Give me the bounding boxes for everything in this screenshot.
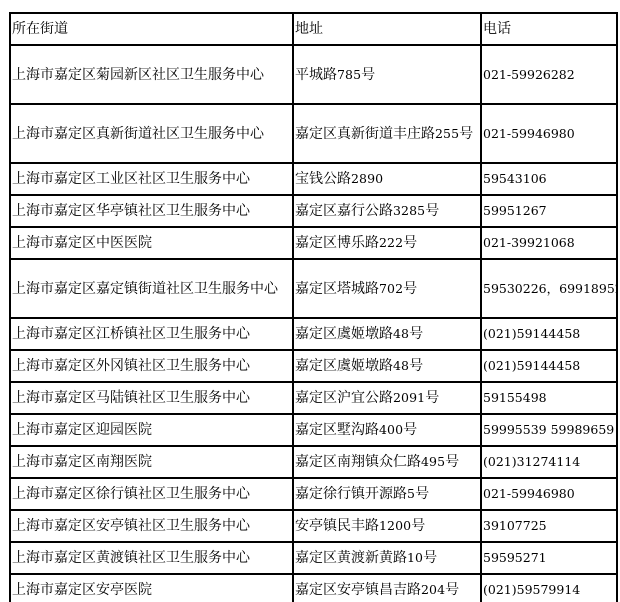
address-number: 10: [407, 550, 423, 565]
phone-cell: (021)31274114: [481, 446, 617, 478]
header-street: 所在街道: [10, 13, 293, 45]
address-number: 785: [337, 67, 361, 82]
address-number: 495: [421, 454, 445, 469]
phone-cell: 39107725: [481, 510, 617, 542]
address-cell: 嘉定区真新街道丰庄路255号: [293, 104, 481, 163]
table-row: 上海市嘉定区工业区社区卫生服务中心宝钱公路289059543106: [10, 163, 617, 195]
address-cell: 嘉定区博乐路222号: [293, 227, 481, 259]
header-phone: 电话: [481, 13, 617, 45]
address-cell: 平城路785号: [293, 45, 481, 104]
address-cell: 嘉定徐行镇开源路5号: [293, 478, 481, 510]
table-row: 上海市嘉定区徐行镇社区卫生服务中心嘉定徐行镇开源路5号021-59946980: [10, 478, 617, 510]
table-row: 上海市嘉定区华亭镇社区卫生服务中心嘉定区嘉行公路3285号59951267: [10, 195, 617, 227]
address-number: 222: [379, 235, 403, 250]
street-cell: 上海市嘉定区黄渡镇社区卫生服务中心: [10, 542, 293, 574]
address-cell: 嘉定区黄渡新黄路10号: [293, 542, 481, 574]
address-cell: 嘉定区塔城路702号: [293, 259, 481, 318]
table-row: 上海市嘉定区南翔医院嘉定区南翔镇众仁路495号(021)31274114: [10, 446, 617, 478]
address-cell: 嘉定区虞姬墩路48号: [293, 318, 481, 350]
street-cell: 上海市嘉定区安亭医院: [10, 574, 293, 602]
phone-cell: 021-39921068: [481, 227, 617, 259]
table-header-row: 所在街道 地址 电话: [10, 13, 617, 45]
address-cell: 嘉定区嘉行公路3285号: [293, 195, 481, 227]
street-cell: 上海市嘉定区菊园新区社区卫生服务中心: [10, 45, 293, 104]
table-row: 上海市嘉定区真新街道社区卫生服务中心嘉定区真新街道丰庄路255号021-5994…: [10, 104, 617, 163]
address-cell: 嘉定区沪宜公路2091号: [293, 382, 481, 414]
phone-cell: 59995539 59989659: [481, 414, 617, 446]
phone-cell: 59155498: [481, 382, 617, 414]
address-number: 204: [421, 582, 445, 597]
table-row: 上海市嘉定区外冈镇社区卫生服务中心嘉定区虞姬墩路48号(021)59144458: [10, 350, 617, 382]
phone-cell: 59951267: [481, 195, 617, 227]
table-row: 上海市嘉定区江桥镇社区卫生服务中心嘉定区虞姬墩路48号(021)59144458: [10, 318, 617, 350]
table-row: 上海市嘉定区安亭镇社区卫生服务中心安亭镇民丰路1200号39107725: [10, 510, 617, 542]
street-cell: 上海市嘉定区安亭镇社区卫生服务中心: [10, 510, 293, 542]
street-cell: 上海市嘉定区马陆镇社区卫生服务中心: [10, 382, 293, 414]
table-body: 上海市嘉定区菊园新区社区卫生服务中心平城路785号021-59926282上海市…: [10, 45, 617, 602]
address-number: 48: [393, 326, 409, 341]
street-cell: 上海市嘉定区华亭镇社区卫生服务中心: [10, 195, 293, 227]
table-row: 上海市嘉定区嘉定镇街道社区卫生服务中心嘉定区塔城路702号59530226，69…: [10, 259, 617, 318]
street-cell: 上海市嘉定区徐行镇社区卫生服务中心: [10, 478, 293, 510]
table-row: 上海市嘉定区马陆镇社区卫生服务中心嘉定区沪宜公路2091号59155498: [10, 382, 617, 414]
phone-cell: 59595271: [481, 542, 617, 574]
address-cell: 嘉定区虞姬墩路48号: [293, 350, 481, 382]
address-cell: 安亭镇民丰路1200号: [293, 510, 481, 542]
street-cell: 上海市嘉定区工业区社区卫生服务中心: [10, 163, 293, 195]
address-cell: 宝钱公路2890: [293, 163, 481, 195]
table-row: 上海市嘉定区安亭医院嘉定区安亭镇昌吉路204号(021)59579914: [10, 574, 617, 602]
address-cell: 嘉定区安亭镇昌吉路204号: [293, 574, 481, 602]
phone-cell: 59543106: [481, 163, 617, 195]
address-number: 255: [435, 126, 459, 141]
street-cell: 上海市嘉定区迎园医院: [10, 414, 293, 446]
table-row: 上海市嘉定区菊园新区社区卫生服务中心平城路785号021-59926282: [10, 45, 617, 104]
phone-cell: 021-59946980: [481, 104, 617, 163]
clinic-directory: 所在街道 地址 电话 上海市嘉定区菊园新区社区卫生服务中心平城路785号021-…: [9, 12, 618, 602]
table-row: 上海市嘉定区中医医院嘉定区博乐路222号021-39921068: [10, 227, 617, 259]
address-number: 702: [379, 281, 403, 296]
street-cell: 上海市嘉定区嘉定镇街道社区卫生服务中心: [10, 259, 293, 318]
table-row: 上海市嘉定区迎园医院嘉定区墅沟路400号59995539 59989659: [10, 414, 617, 446]
address-cell: 嘉定区墅沟路400号: [293, 414, 481, 446]
street-cell: 上海市嘉定区外冈镇社区卫生服务中心: [10, 350, 293, 382]
address-number: 3285: [393, 203, 425, 218]
address-number: 2890: [351, 171, 383, 186]
table-row: 上海市嘉定区黄渡镇社区卫生服务中心嘉定区黄渡新黄路10号59595271: [10, 542, 617, 574]
clinic-table: 所在街道 地址 电话 上海市嘉定区菊园新区社区卫生服务中心平城路785号021-…: [9, 12, 618, 602]
address-cell: 嘉定区南翔镇众仁路495号: [293, 446, 481, 478]
address-number: 2091: [393, 390, 425, 405]
address-number: 400: [379, 422, 403, 437]
phone-cell: (021)59144458: [481, 318, 617, 350]
address-number: 5: [407, 486, 415, 501]
street-cell: 上海市嘉定区江桥镇社区卫生服务中心: [10, 318, 293, 350]
address-number: 48: [393, 358, 409, 373]
phone-cell: (021)59144458: [481, 350, 617, 382]
phone-cell: 021-59946980: [481, 478, 617, 510]
street-cell: 上海市嘉定区中医医院: [10, 227, 293, 259]
street-cell: 上海市嘉定区真新街道社区卫生服务中心: [10, 104, 293, 163]
phone-cell: (021)59579914: [481, 574, 617, 602]
address-number: 1200: [379, 518, 411, 533]
phone-cell: 021-59926282: [481, 45, 617, 104]
street-cell: 上海市嘉定区南翔医院: [10, 446, 293, 478]
phone-cell: 59530226，69918952: [481, 259, 617, 318]
header-address: 地址: [293, 13, 481, 45]
